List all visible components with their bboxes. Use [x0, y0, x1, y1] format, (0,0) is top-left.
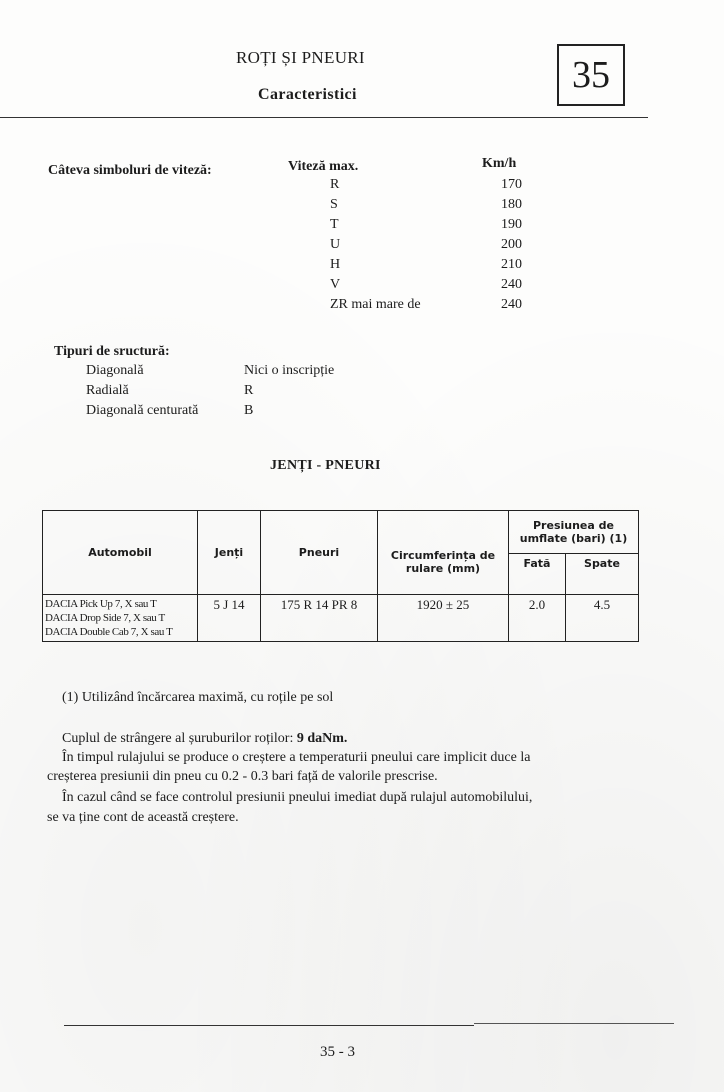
structure-type-name: Diagonală: [86, 363, 144, 379]
structure-type-code: Nici o inscripție: [244, 363, 334, 379]
para1-line2: creșterea presiunii din pneu cu 0.2 - 0.…: [47, 769, 438, 785]
col-header-rims: Jenți: [198, 511, 261, 595]
speed-value: 190: [492, 217, 522, 233]
cell-rear: 4.5: [566, 595, 639, 642]
speed-symbol: R: [330, 177, 339, 193]
col-header-tyres: Pneuri: [261, 511, 378, 595]
torque-value: 9 daNm.: [297, 731, 348, 746]
speed-value: 210: [492, 257, 522, 273]
speed-value: 240: [492, 297, 522, 313]
cell-front: 2.0: [509, 595, 566, 642]
cell-tyres: 175 R 14 PR 8: [261, 595, 378, 642]
car-model: DACIA Pick Up 7, X sau T: [45, 597, 195, 611]
header-rule: [0, 117, 648, 118]
speed-symbol: H: [330, 257, 340, 273]
col-header-rear: Spate: [566, 554, 639, 595]
speed-unit-header: Km/h: [482, 156, 516, 172]
footnote: (1) Utilizând încărcarea maximă, cu roți…: [62, 690, 333, 706]
speed-value: 170: [492, 177, 522, 193]
speed-value: 180: [492, 197, 522, 213]
cell-car: DACIA Pick Up 7, X sau TDACIA Drop Side …: [43, 595, 198, 642]
speed-value: 200: [492, 237, 522, 253]
col-header-car: Automobil: [43, 511, 198, 595]
speed-symbol: U: [330, 237, 340, 253]
footer-rule: [64, 1025, 474, 1026]
structure-type-name: Diagonală centurată: [86, 403, 198, 419]
col-header-circumference: Circumferința de rulare (mm): [378, 511, 509, 595]
page-number: 35 - 3: [320, 1044, 355, 1061]
para2-line2: se va ține cont de această creștere.: [47, 810, 239, 826]
para2-line1: În cazul când se face controlul presiuni…: [62, 790, 532, 806]
torque-note: Cuplul de strângere al șuruburilor roțil…: [62, 731, 347, 747]
speed-symbol: S: [330, 197, 338, 213]
speed-symbol: V: [330, 277, 340, 293]
rims-tyres-table: Automobil Jenți Pneuri Circumferința de …: [42, 510, 639, 642]
structure-type-code: R: [244, 383, 253, 399]
car-model: DACIA Double Cab 7, X sau T: [45, 625, 195, 639]
speed-symbol: T: [330, 217, 339, 233]
chapter-number-box: 35: [557, 44, 625, 106]
speed-max-header: Viteză max.: [288, 159, 358, 175]
page-subtitle: Caracteristici: [258, 86, 357, 104]
torque-prefix: Cuplul de strângere al șuruburilor roțil…: [62, 731, 297, 746]
footer-rule-right: [474, 1023, 674, 1024]
cell-circumference: 1920 ± 25: [378, 595, 509, 642]
cell-rims: 5 J 14: [198, 595, 261, 642]
page-title: ROȚI ȘI PNEURI: [236, 48, 365, 68]
speed-value: 240: [492, 277, 522, 293]
structure-type-code: B: [244, 403, 253, 419]
col-header-pressure: Presiunea de umflate (bari) (1): [509, 511, 639, 554]
col-header-front: Fată: [509, 554, 566, 595]
speed-symbols-label: Câteva simboluri de viteză:: [48, 163, 212, 179]
table-row: DACIA Pick Up 7, X sau TDACIA Drop Side …: [43, 595, 639, 642]
para1-line1: În timpul rulajului se produce o creșter…: [62, 750, 530, 766]
rims-tyres-title: JENȚI - PNEURI: [270, 458, 381, 474]
car-model: DACIA Drop Side 7, X sau T: [45, 611, 195, 625]
speed-symbol: ZR mai mare de: [330, 297, 421, 313]
structure-types-label: Tipuri de sructură:: [54, 344, 170, 360]
structure-type-name: Radială: [86, 383, 129, 399]
